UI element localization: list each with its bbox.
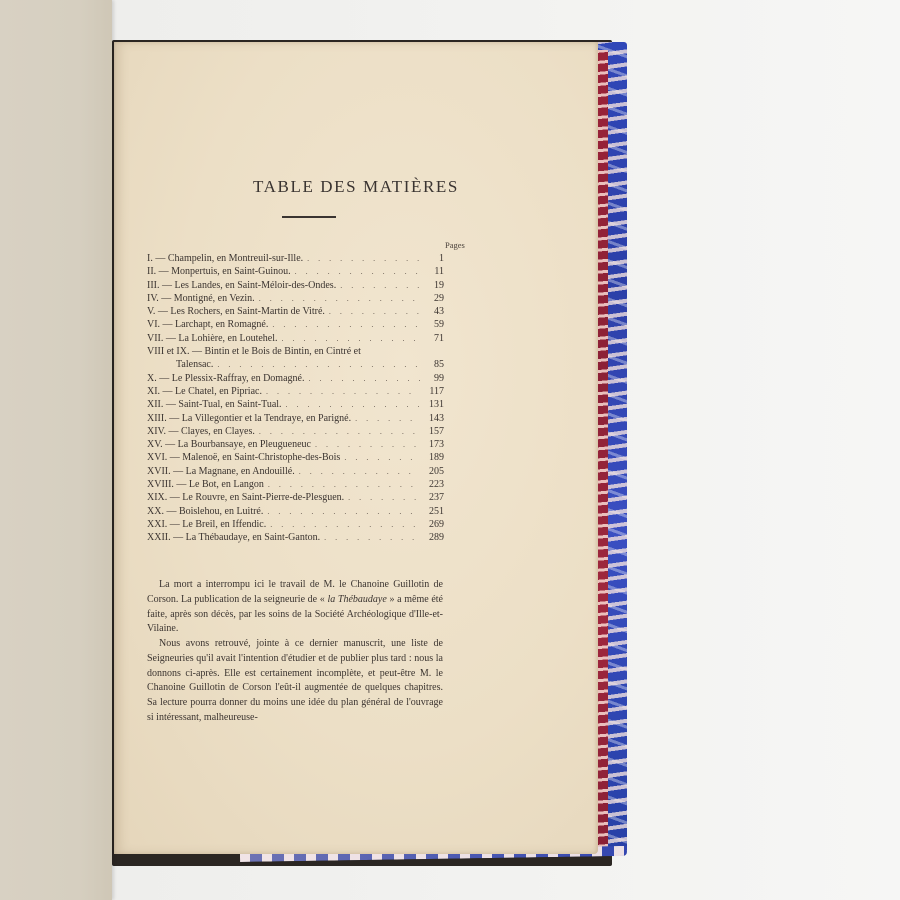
toc-entry: V. — Les Rochers, en Saint-Martin de Vit… [147, 305, 444, 318]
toc-entry: XI. — Le Chatel, en Pipriac.117 [147, 385, 444, 398]
toc-entry: XX. — Boislehou, en Luitré.251 [147, 505, 444, 518]
toc-entry: XVIII. — Le Bot, en Langon223 [147, 478, 444, 491]
toc-entry: XVII. — La Magnane, en Andouillé.205 [147, 465, 444, 478]
toc-entry: XVI. — Malenoë, en Saint-Christophe-des-… [147, 451, 444, 464]
toc-entry: XXII. — La Thébaudaye, en Saint-Ganton.2… [147, 531, 444, 544]
title-rule [282, 216, 336, 218]
italic-title: la Thébaudaye [327, 594, 386, 605]
closing-paragraph-2: Nous avons retrouvé, jointe à ce dernier… [147, 637, 443, 726]
toc-entry: XV. — La Bourbansaye, en Pleugueneuc173 [147, 438, 444, 451]
pages-column-label: Pages [445, 240, 465, 250]
toc-entry: XIX. — Le Rouvre, en Saint-Pierre-de-Ple… [147, 491, 444, 504]
facing-flyleaf [0, 0, 112, 900]
toc-entry: XIII. — La Villegontier et la Tendraye, … [147, 412, 444, 425]
book-page: TABLE DES MATIÈRES Pages I. — Champelin,… [114, 42, 598, 854]
toc-entry: XIV. — Clayes, en Clayes.157 [147, 425, 444, 438]
toc-entry: IV. — Montigné, en Vezin.29 [147, 292, 444, 305]
toc-entry: XXI. — Le Breil, en Iffendic.269 [147, 518, 444, 531]
page-title: TABLE DES MATIÈRES [114, 177, 598, 197]
toc-entry: XII. — Saint-Tual, en Saint-Tual.131 [147, 398, 444, 411]
toc-entry: VIII et IX. — Bintin et le Bois de Binti… [147, 345, 444, 358]
toc-entry: I. — Champelin, en Montreuil-sur-Ille.1 [147, 252, 444, 265]
toc-entry: VI. — Larchapt, en Romagné.59 [147, 318, 444, 331]
closing-paragraph-1: La mort a interrompu ici le travail de M… [147, 578, 443, 637]
toc-entry: II. — Monpertuis, en Saint-Guinou.11 [147, 265, 444, 278]
toc-entry: VII. — La Lohière, en Loutehel.71 [147, 332, 444, 345]
toc-entry: X. — Le Plessix-Raffray, en Domagné.99 [147, 372, 444, 385]
toc-entry-continuation: Talensac.85 [147, 358, 444, 371]
toc-entry: III. — Les Landes, en Saint-Méloir-des-O… [147, 279, 444, 292]
table-of-contents: I. — Champelin, en Montreuil-sur-Ille.1 … [147, 252, 444, 545]
